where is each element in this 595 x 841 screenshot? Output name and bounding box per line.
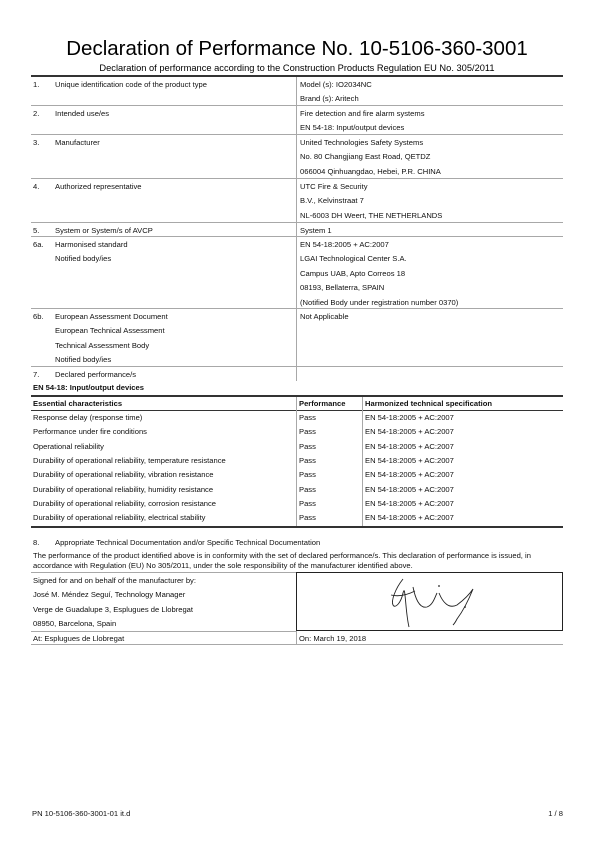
- declaration-row: 1.Unique identification code of the prod…: [31, 77, 563, 106]
- signature-block: Signed for and on behalf of the manufact…: [31, 572, 563, 631]
- item-value: NL-6003 DH Weert, THE NETHERLANDS: [300, 211, 442, 220]
- footer-page-number: 1 / 8: [548, 809, 563, 818]
- characteristic-cell: Operational reliability: [33, 442, 104, 451]
- characteristic-cell: Durability of operational reliability, e…: [33, 513, 205, 522]
- characteristic-cell: Durability of operational reliability, v…: [33, 470, 214, 479]
- specification-cell: EN 54-18:2005 + AC:2007: [365, 427, 454, 436]
- item-value: Not Applicable: [300, 312, 349, 321]
- item-value: Model (s): IO2034NC: [300, 80, 372, 89]
- column-header: Harmonized technical specification: [365, 399, 492, 408]
- item-number: 4.: [33, 182, 39, 191]
- item-label: Technical Assessment Body: [55, 341, 149, 350]
- specification-cell: EN 54-18:2005 + AC:2007: [365, 456, 454, 465]
- item-value: 066004 Qinhuangdao, Hebei, P.R. CHINA: [300, 167, 441, 176]
- place-date-row: At: Esplugues de Llobregat On: March 19,…: [31, 631, 563, 645]
- specification-cell: EN 54-18:2005 + AC:2007: [365, 499, 454, 508]
- item-label: Authorized representative: [55, 182, 142, 191]
- section-8-number: 8.: [33, 538, 39, 547]
- performance-cell: Pass: [299, 485, 316, 494]
- declaration-row: 6b.European Assessment DocumentEuropean …: [31, 309, 563, 367]
- declaration-row: 6a.Harmonised standardNotified body/iesE…: [31, 237, 563, 309]
- item-number: 6b.: [33, 312, 44, 321]
- signed-place: At: Esplugues de Llobregat: [33, 634, 124, 643]
- performance-cell: Pass: [299, 442, 316, 451]
- specification-cell: EN 54-18:2005 + AC:2007: [365, 413, 454, 422]
- signature-line: 08950, Barcelona, Spain: [33, 619, 116, 628]
- page-subtitle: Declaration of performance according to …: [31, 63, 563, 74]
- column-header: Essential characteristics: [33, 399, 122, 408]
- declaration-row: 4.Authorized representativeUTC Fire & Se…: [31, 179, 563, 223]
- signature-line: Signed for and on behalf of the manufact…: [33, 576, 196, 585]
- declaration-row: 7.Declared performance/s: [31, 367, 563, 381]
- conformity-statement: The performance of the product identifie…: [33, 551, 561, 571]
- item-label: Intended use/es: [55, 109, 109, 118]
- signature-line: José M. Méndez Seguí, Technology Manager: [33, 590, 185, 599]
- specification-cell: EN 54-18:2005 + AC:2007: [365, 513, 454, 522]
- item-number: 7.: [33, 370, 39, 379]
- item-label: Notified body/ies: [55, 254, 111, 263]
- item-label: European Assessment Document: [55, 312, 168, 321]
- declaration-row: 2.Intended use/esFire detection and fire…: [31, 106, 563, 135]
- item-value: Campus UAB, Apto Correos 18: [300, 269, 405, 278]
- item-number: 5.: [33, 226, 39, 235]
- item-number: 2.: [33, 109, 39, 118]
- item-value: EN 54-18:2005 + AC:2007: [300, 240, 389, 249]
- characteristic-cell: Durability of operational reliability, c…: [33, 499, 216, 508]
- characteristic-cell: Performance under fire conditions: [33, 427, 147, 436]
- signature-box: [296, 572, 563, 631]
- item-value: Fire detection and fire alarm systems: [300, 109, 425, 118]
- performance-cell: Pass: [299, 427, 316, 436]
- footer-doc-number: PN 10-5106-360-3001-01 it.d: [32, 809, 130, 818]
- item-value: No. 80 Changjiang East Road, QETDZ: [300, 152, 430, 161]
- item-value: UTC Fire & Security: [300, 182, 368, 191]
- item-value: EN 54-18: Input/output devices: [300, 123, 404, 132]
- item-number: 1.: [33, 80, 39, 89]
- signed-date: On: March 19, 2018: [299, 634, 366, 643]
- item-value: LGAI Technological Center S.A.: [300, 254, 407, 263]
- item-label: System or System/s of AVCP: [55, 226, 153, 235]
- performance-cell: Pass: [299, 513, 316, 522]
- page-title: Declaration of Performance No. 10-5106-3…: [31, 37, 563, 61]
- signature-line: Verge de Guadalupe 3, Esplugues de Llobr…: [33, 605, 193, 614]
- characteristic-cell: Durability of operational reliability, h…: [33, 485, 213, 494]
- item-number: 3.: [33, 138, 39, 147]
- item-label: Unique identification code of the produc…: [55, 80, 207, 89]
- performance-cell: Pass: [299, 470, 316, 479]
- characteristic-cell: Response delay (response time): [33, 413, 142, 422]
- item-value: B.V., Kelvinstraat 7: [300, 196, 364, 205]
- specification-cell: EN 54-18:2005 + AC:2007: [365, 470, 454, 479]
- characteristic-cell: Durability of operational reliability, t…: [33, 456, 226, 465]
- performance-cell: Pass: [299, 456, 316, 465]
- declaration-row: 5.System or System/s of AVCPSystem 1: [31, 223, 563, 237]
- section-8-label: Appropriate Technical Documentation and/…: [55, 538, 320, 547]
- item-number: 6a.: [33, 240, 44, 249]
- column-header: Performance: [299, 399, 345, 408]
- specification-cell: EN 54-18:2005 + AC:2007: [365, 442, 454, 451]
- item-value: System 1: [300, 226, 332, 235]
- declaration-row: 3.ManufacturerUnited Technologies Safety…: [31, 135, 563, 179]
- item-value: 08193, Bellaterra, SPAIN: [300, 283, 384, 292]
- item-value: (Notified Body under registration number…: [300, 298, 458, 307]
- item-label: European Technical Assessment: [55, 326, 165, 335]
- specification-cell: EN 54-18:2005 + AC:2007: [365, 485, 454, 494]
- item-value: United Technologies Safety Systems: [300, 138, 423, 147]
- handwritten-signature-icon: [377, 575, 497, 629]
- performance-cell: Pass: [299, 413, 316, 422]
- item-label: Manufacturer: [55, 138, 100, 147]
- item-label: Declared performance/s: [55, 370, 136, 379]
- item-label: Harmonised standard: [55, 240, 128, 249]
- performance-cell: Pass: [299, 499, 316, 508]
- item-value: Brand (s): Aritech: [300, 94, 359, 103]
- item-label: Notified body/ies: [55, 355, 111, 364]
- performance-section-title: EN 54-18: Input/output devices: [33, 383, 144, 392]
